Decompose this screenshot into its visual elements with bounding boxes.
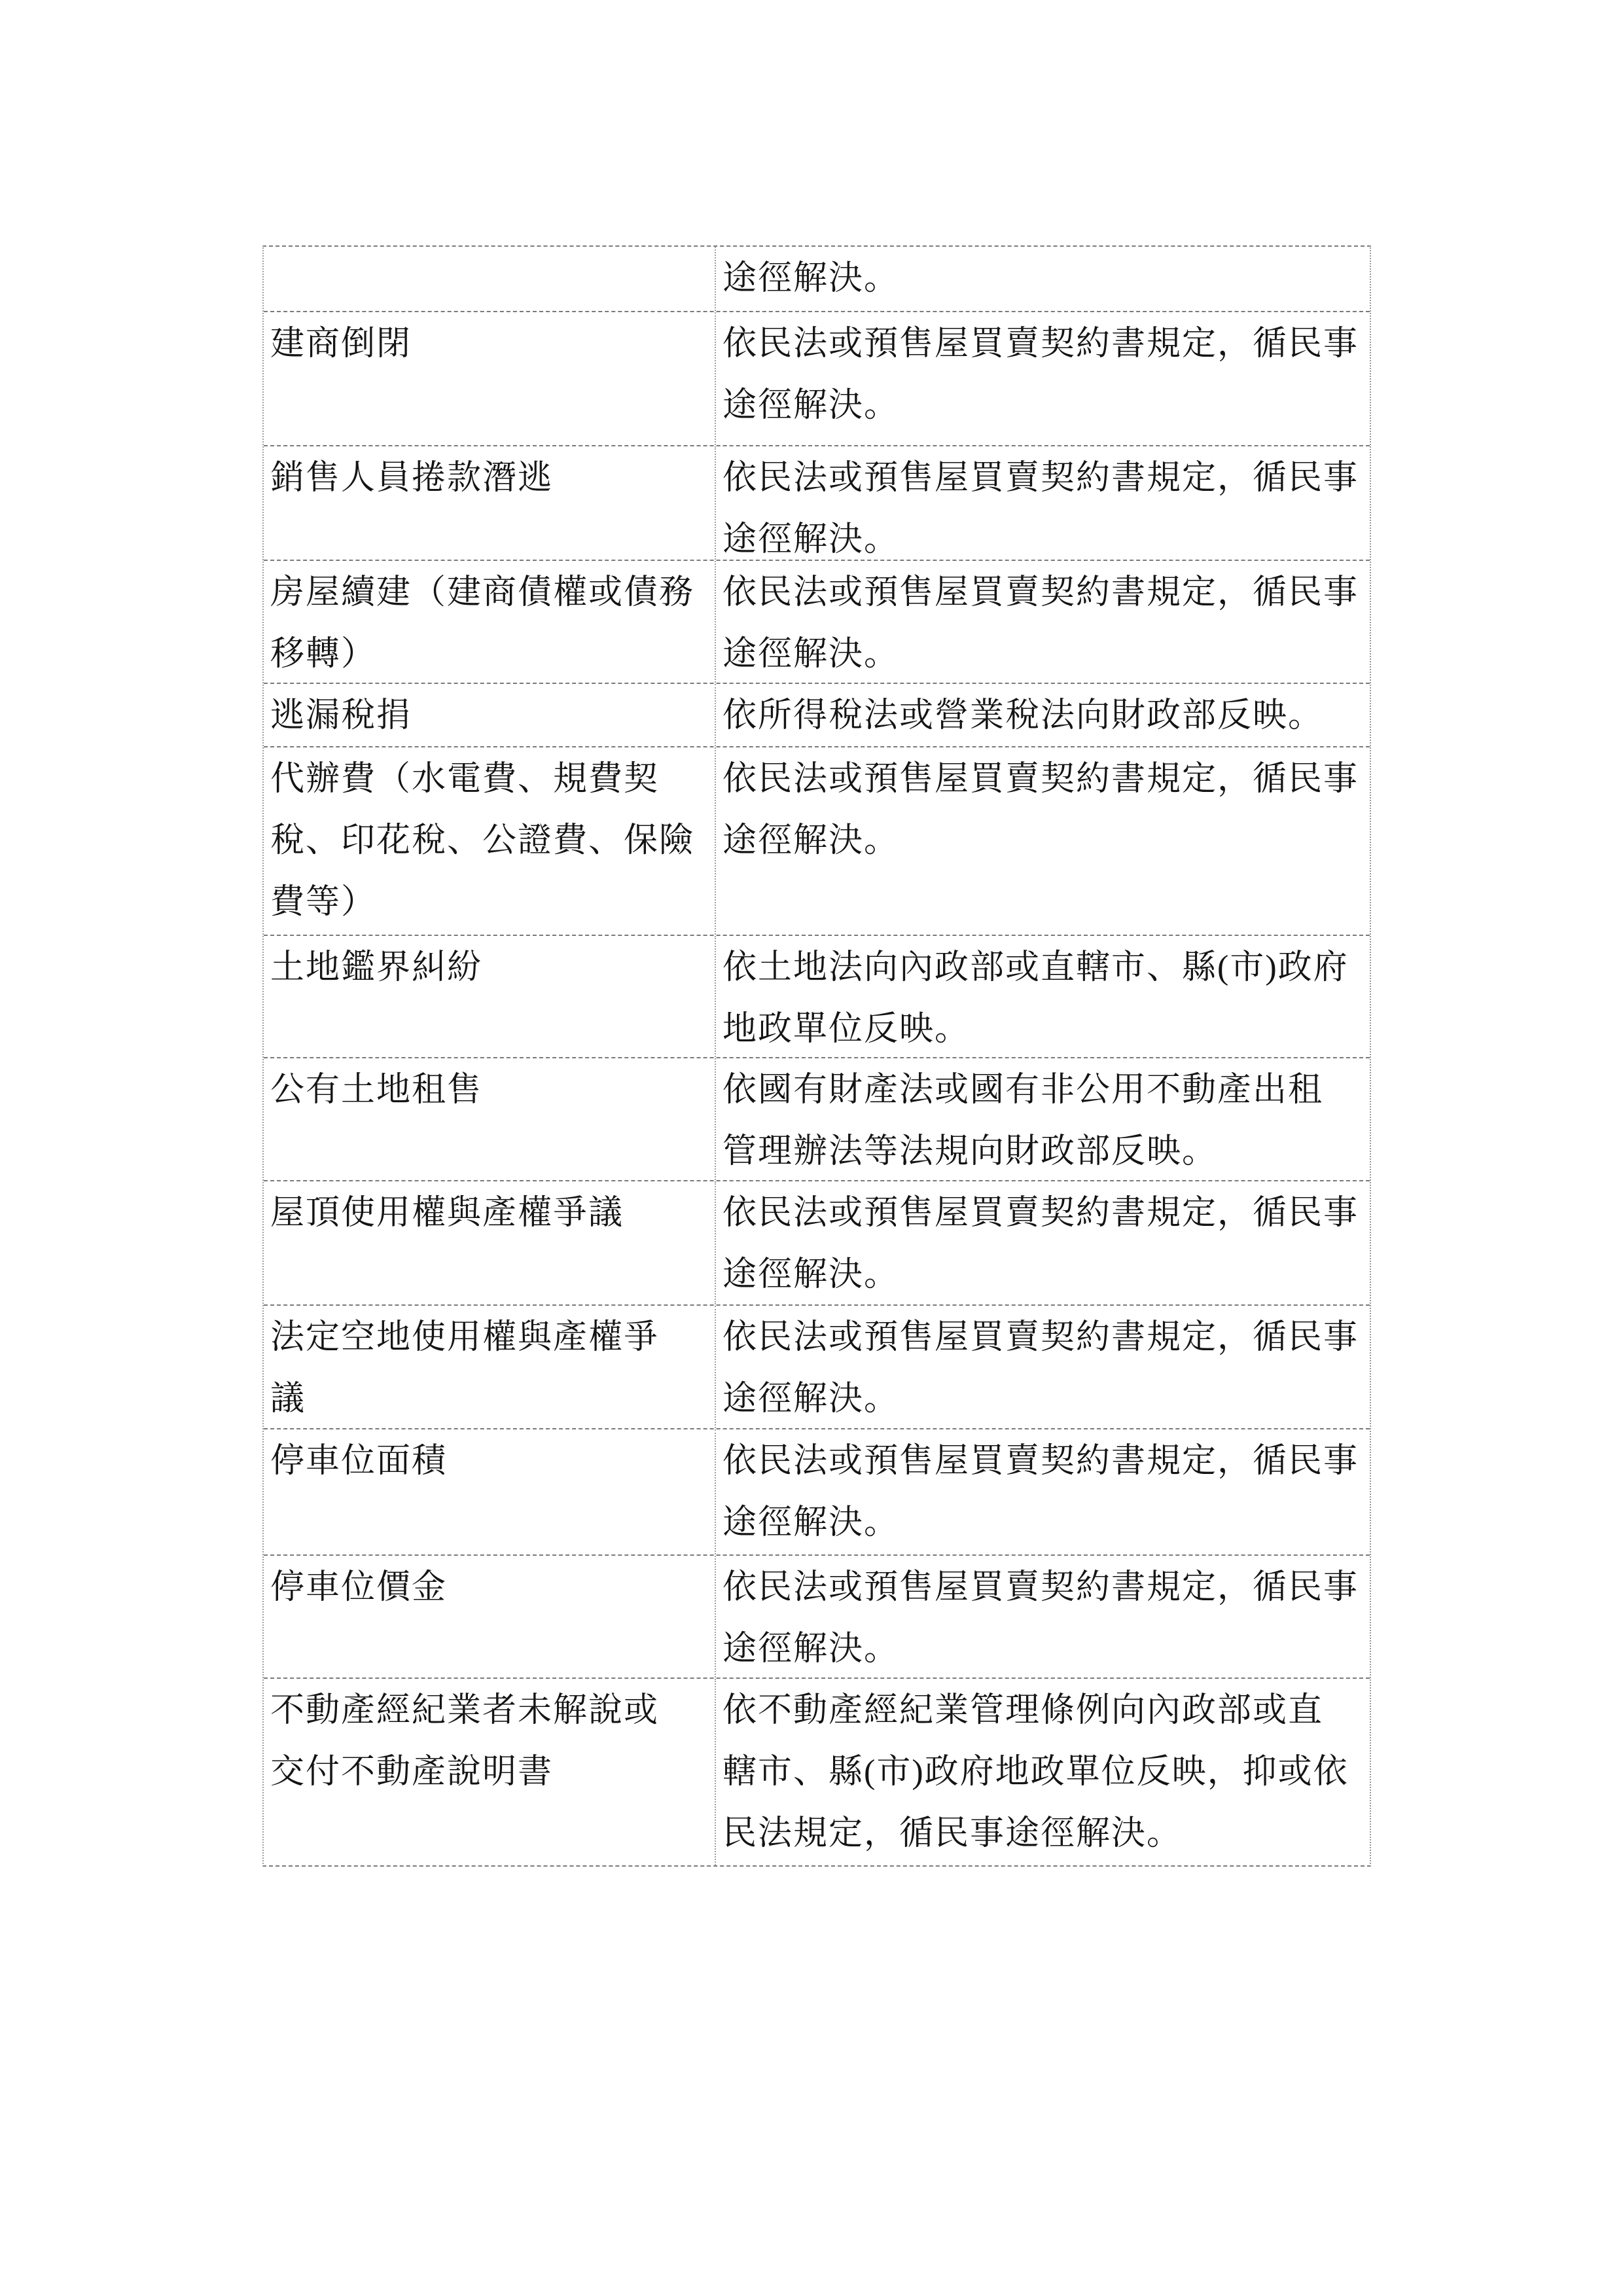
resolution-cell: 依土地法向內政部或直轄市、縣(市)政府 地政單位反映。: [716, 936, 1370, 1057]
resolution-cell: 依民法或預售屋買賣契約書規定，循民事 途徑解決。: [716, 1556, 1370, 1677]
dispute-type-cell: 屋頂使用權與產權爭議: [264, 1181, 716, 1304]
resolution-cell: 依民法或預售屋買賣契約書規定，循民事 途徑解決。: [716, 312, 1370, 445]
dispute-type-cell: 逃漏稅捐: [264, 684, 716, 746]
resolution-cell: 依國有財產法或國有非公用不動產出租 管理辦法等法規向財政部反映。: [716, 1058, 1370, 1180]
dispute-type-cell: 停車位面積: [264, 1429, 716, 1554]
resolution-cell: 途徑解決。: [716, 247, 1370, 311]
table-row: 停車位面積 依民法或預售屋買賣契約書規定，循民事 途徑解決。: [264, 1429, 1370, 1556]
table-row: 建商倒閉 依民法或預售屋買賣契約書規定，循民事 途徑解決。: [264, 312, 1370, 446]
resolution-cell: 依不動產經紀業管理條例向內政部或直 轄市、縣(市)政府地政單位反映，抑或依 民法…: [716, 1679, 1370, 1865]
dispute-type-cell: 銷售人員捲款潛逃: [264, 446, 716, 560]
dispute-type-cell: 建商倒閉: [264, 312, 716, 445]
resolution-cell: 依民法或預售屋買賣契約書規定，循民事 途徑解決。: [716, 1306, 1370, 1428]
dispute-type-cell: [264, 247, 716, 311]
table-row: 逃漏稅捐 依所得稅法或營業稅法向財政部反映。: [264, 684, 1370, 747]
resolution-cell: 依民法或預售屋買賣契約書規定，循民事 途徑解決。: [716, 1429, 1370, 1554]
dispute-type-cell: 土地鑑界糾紛: [264, 936, 716, 1057]
table-row: 途徑解決。: [264, 247, 1370, 312]
dispute-type-cell: 停車位價金: [264, 1556, 716, 1677]
scanned-document-page: 途徑解決。 建商倒閉 依民法或預售屋買賣契約書規定，循民事 途徑解決。 銷售人員…: [0, 0, 1623, 2296]
table-row: 不動產經紀業者未解說或 交付不動產說明書 依不動產經紀業管理條例向內政部或直 轄…: [264, 1679, 1370, 1865]
disputes-resolution-table: 途徑解決。 建商倒閉 依民法或預售屋買賣契約書規定，循民事 途徑解決。 銷售人員…: [262, 245, 1371, 1867]
table-row: 停車位價金 依民法或預售屋買賣契約書規定，循民事 途徑解決。: [264, 1556, 1370, 1679]
resolution-cell: 依民法或預售屋買賣契約書規定，循民事 途徑解決。: [716, 747, 1370, 935]
table-row: 銷售人員捲款潛逃 依民法或預售屋買賣契約書規定，循民事 途徑解決。: [264, 446, 1370, 561]
table-row: 土地鑑界糾紛 依土地法向內政部或直轄市、縣(市)政府 地政單位反映。: [264, 936, 1370, 1058]
resolution-cell: 依民法或預售屋買賣契約書規定，循民事 途徑解決。: [716, 561, 1370, 683]
table-row: 屋頂使用權與產權爭議 依民法或預售屋買賣契約書規定，循民事 途徑解決。: [264, 1181, 1370, 1306]
resolution-cell: 依民法或預售屋買賣契約書規定，循民事 途徑解決。: [716, 446, 1370, 560]
dispute-type-cell: 法定空地使用權與產權爭 議: [264, 1306, 716, 1428]
table-row: 法定空地使用權與產權爭 議 依民法或預售屋買賣契約書規定，循民事 途徑解決。: [264, 1306, 1370, 1429]
dispute-type-cell: 房屋續建（建商債權或債務 移轉）: [264, 561, 716, 683]
table-row: 代辦費（水電費、規費契 稅、印花稅、公證費、保險 費等） 依民法或預售屋買賣契約…: [264, 747, 1370, 936]
resolution-cell: 依所得稅法或營業稅法向財政部反映。: [716, 684, 1370, 746]
dispute-type-cell: 公有土地租售: [264, 1058, 716, 1180]
dispute-type-cell: 代辦費（水電費、規費契 稅、印花稅、公證費、保險 費等）: [264, 747, 716, 935]
dispute-type-cell: 不動產經紀業者未解說或 交付不動產說明書: [264, 1679, 716, 1865]
resolution-cell: 依民法或預售屋買賣契約書規定，循民事 途徑解決。: [716, 1181, 1370, 1304]
table-row: 房屋續建（建商債權或債務 移轉） 依民法或預售屋買賣契約書規定，循民事 途徑解決…: [264, 561, 1370, 684]
table-row: 公有土地租售 依國有財產法或國有非公用不動產出租 管理辦法等法規向財政部反映。: [264, 1058, 1370, 1181]
